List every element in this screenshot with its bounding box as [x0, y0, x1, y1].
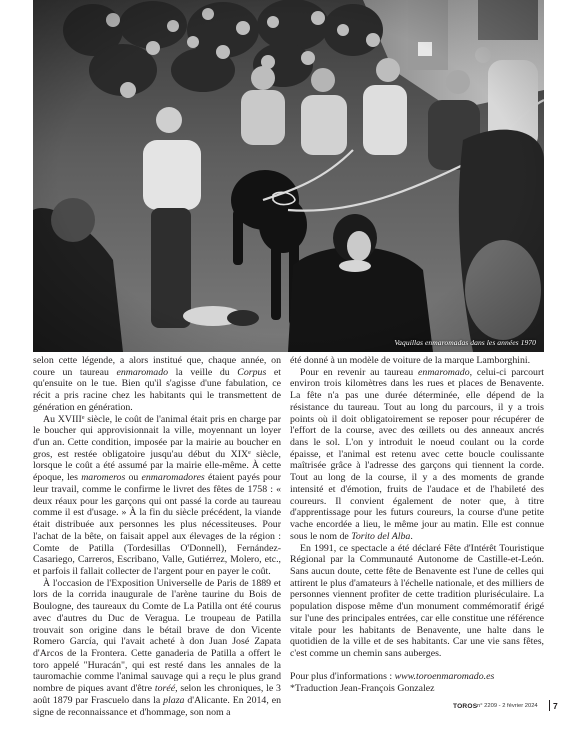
text: étaient payés pour leur travail, comme l… [33, 472, 281, 577]
translation-credit: *Traduction Jean-François Gonzalez [290, 683, 544, 695]
paragraph: Pour en revenir au taureau enmaromado, c… [290, 367, 544, 543]
paragraph: selon cette légende, a alors institué qu… [33, 355, 281, 414]
text: Pour en revenir au taureau [300, 367, 418, 378]
footer-divider [549, 700, 550, 711]
text: la veille du [168, 367, 237, 378]
info-block: Pour plus d'informations : www.toroenmar… [290, 671, 544, 694]
italic-term: Corpus [237, 367, 266, 378]
caption-italic: Vaquillas enmaromadas [394, 338, 468, 347]
text: À l'occasion de l'Exposition Universelle… [33, 578, 281, 694]
article-right-column: été donné à un modèle de voiture de la m… [290, 355, 544, 695]
paragraph: Au XVIIIe siècle, le coût de l'animal ét… [33, 414, 281, 578]
italic-term: toréé [155, 683, 175, 694]
text: , celui-ci parcourt environ trois kilomè… [290, 367, 544, 542]
spacer [290, 660, 544, 672]
paragraph: été donné à un modèle de voiture de la m… [290, 355, 544, 367]
italic-term: enmaromado [116, 367, 168, 378]
italic-term: enmaromado [418, 367, 470, 378]
paragraph: À l'occasion de l'Exposition Universelle… [33, 578, 281, 719]
text: Au XVIII [43, 414, 82, 425]
more-info-line: Pour plus d'informations : www.toroenmar… [290, 671, 544, 683]
text: . [410, 531, 412, 542]
italic-term: Torito del Alba [351, 531, 410, 542]
italic-term: maromeros [81, 472, 125, 483]
paragraph: En 1991, ce spectacle a été déclaré Fête… [290, 543, 544, 660]
caption-text: dans les années 1970 [468, 338, 536, 347]
article-photo: Vaquillas enmaromadas dans les années 19… [33, 0, 544, 352]
photo-caption: Vaquillas enmaromadas dans les années 19… [394, 338, 536, 347]
magazine-brand: TOROS [453, 703, 477, 710]
website-link[interactable]: www.toroenmaromado.es [395, 671, 495, 682]
more-info-label: Pour plus d'informations : [290, 671, 395, 682]
italic-term: enmaromadores [142, 472, 205, 483]
issue-info: n° 2209 - 2 février 2024 [477, 703, 538, 709]
page-footer: TOROS n° 2209 - 2 février 2024 7 [0, 700, 579, 714]
text: ou [125, 472, 141, 483]
page-number: 7 [553, 701, 558, 711]
photo-illustration [33, 0, 544, 352]
article-left-column: selon cette légende, a alors institué qu… [33, 355, 281, 718]
